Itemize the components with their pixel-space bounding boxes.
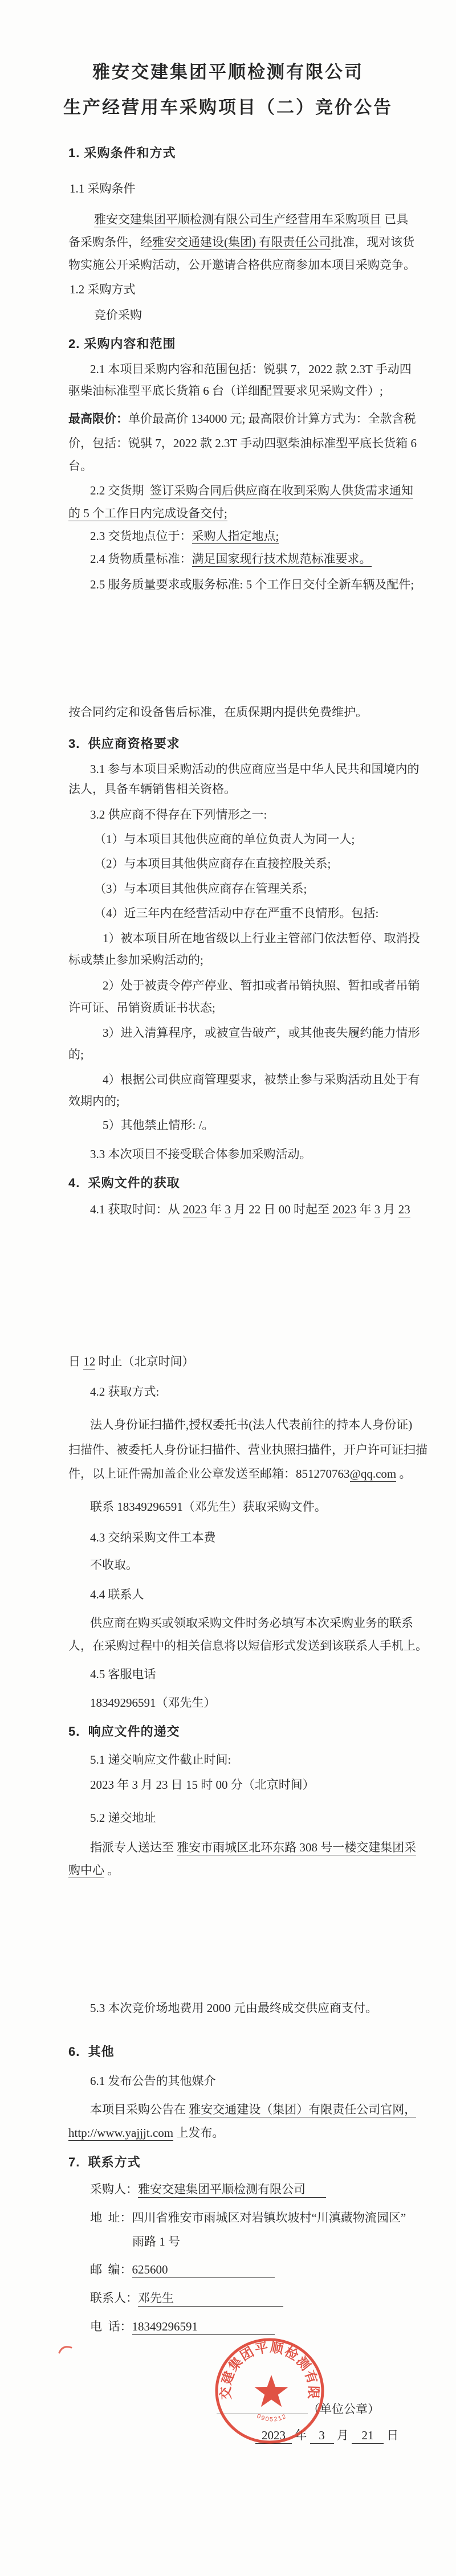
doc-line-max-price: 最高限价：单价最高价 134000 元; 最高限价计算方式为：全款含税	[68, 411, 416, 427]
doc-line: 联系 18349296591（邓先生）获取采购文件。	[90, 1499, 327, 1514]
doc-line: 驱柴油标准型平底长货箱 6 台（详细配置要求见采购文件）;	[68, 383, 383, 398]
doc-line: 供应商在购买或领取采购文件时务必填写本次采购业务的联系	[90, 1616, 413, 1630]
doc-line: 2.1 本项目采购内容和范围包括：锐骐 7，2022 款 2.3T 手动四	[90, 362, 412, 377]
doc-line: 法人，具备车辆销售相关资格。	[68, 782, 236, 796]
doc-line: 标或禁止参加采购活动的;	[68, 952, 203, 967]
doc-line-email: 件，以上证件需加盖企业公章发送至邮箱：851270763@qq.com 。	[68, 1466, 412, 1481]
section-heading-3-supplier-qualification: 3. 供应商资格要求	[68, 736, 180, 752]
doc-line: 本项目采购公告在 雅安交通建设（集团）有限责任公司官网，	[90, 2102, 416, 2117]
contact-postcode-line: 邮 编：625600	[90, 2262, 275, 2278]
scanned-announcement-page: 雅安交建集团平顺检测有限公司 生产经营用车采购项目（二）竞价公告 1. 采购条件…	[0, 0, 456, 2576]
doc-line: （1）与本项目其他供应商的单位负责人为同一人;	[94, 832, 355, 847]
doc-line: 2.4 货物质量标准：满足国家现行技术规范标准要求。	[90, 551, 372, 566]
section-heading-7-contact: 7. 联系方式	[68, 2154, 141, 2170]
doc-line: 的;	[68, 1047, 84, 1062]
doc-line: （4）近三年内在经营活动中存在严重不良情形。包括:	[94, 906, 378, 921]
svg-text:0905212: 0905212	[255, 2413, 288, 2423]
stamp-smudge-mark	[57, 2342, 74, 2360]
doc-line: 价，包括：锐骐 7，2022 款 2.3T 手动四驱柴油标准型平底长货箱 6	[68, 436, 417, 451]
doc-line: 效期内的;	[68, 1094, 120, 1109]
doc-line: 5.1 递交响应文件截止时间:	[90, 1752, 231, 1767]
doc-line: 4.5 客服电话	[90, 1667, 156, 1682]
doc-line: 备采购条件，经雅安交通建设(集团) 有限责任公司批准，现对该货	[68, 235, 414, 250]
section-heading-5-response-submission: 5. 响应文件的递交	[68, 1724, 180, 1740]
doc-line: 的 5 个工作日内完成设备交付;	[68, 506, 227, 521]
official-seal: 雅安交建集团平顺检测有限公司 0905212	[208, 2332, 336, 2451]
doc-line: 4.1 获取时间：从 2023 年 3 月 22 日 00 时起至 2023 年…	[90, 1202, 410, 1217]
doc-title-line-1: 雅安交建集团平顺检测有限公司	[0, 62, 456, 84]
doc-line: 3.1 参与本项目采购活动的供应商应当是中华人民共和国境内的	[90, 762, 420, 776]
contact-address-line: 地 址：四川省雅安市雨城区对岩镇坎坡村“川滇藏物流园区”	[90, 2210, 406, 2225]
doc-line: （2）与本项目其他供应商存在直接控股关系;	[94, 856, 331, 871]
doc-line: 3）进入清算程序，或被宣告破产，或其他丧失履约能力情形	[103, 1025, 420, 1040]
doc-line: 2.2 交货期 签订采购合同后供应商在收到采购人供货需求通知	[90, 483, 413, 498]
doc-line: 6.1 发布公告的其他媒介	[90, 2074, 216, 2088]
doc-line: 许可证、吊销资质证书状态;	[68, 1000, 215, 1015]
doc-line: 购中心 。	[68, 1863, 119, 1878]
doc-line-address: 指派专人送达至 雅安市雨城区北环东路 308 号一楼交建集团采	[90, 1840, 416, 1855]
seal-star-icon	[255, 2375, 288, 2407]
doc-line: 物实施公开采购活动，公开邀请合格供应商参加本项目采购竞争。	[68, 257, 416, 272]
doc-line: 2）处于被责令停产停业、暂扣或者吊销执照、暂扣或者吊销	[103, 978, 420, 993]
doc-line: 3.3 本次项目不接受联合体参加采购活动。	[90, 1147, 312, 1162]
doc-line: （3）与本项目其他供应商存在管理关系;	[94, 881, 307, 896]
doc-line: 4.3 交纳采购文件工本费	[90, 1530, 216, 1545]
doc-line-service-phone: 18349296591（邓先生）	[90, 1695, 216, 1710]
section-heading-6-other: 6. 其他	[68, 2044, 115, 2060]
doc-line: 人，在采购过程中的相关信息将以短信形式发送到该联系人手机上。	[68, 1638, 427, 1653]
section-heading-2-scope: 2. 采购内容和范围	[68, 336, 176, 352]
doc-line: 法人身份证扫描件,授权委托书(法人代表前往的持本人身份证)	[90, 1417, 412, 1432]
doc-line: 1.1 采购条件	[70, 181, 136, 196]
doc-line-deadline: 2023 年 3 月 23 日 15 时 00 分（北京时间）	[90, 1777, 315, 1792]
doc-line: 1.2 采购方式	[70, 282, 136, 297]
doc-line: 竞价采购	[94, 308, 142, 322]
doc-line: 5）其他禁止情形: /。	[103, 1118, 214, 1132]
doc-line: 4.2 获取方式:	[90, 1384, 159, 1399]
doc-line: 日 12 时止（北京时间）	[68, 1354, 194, 1369]
doc-line: 雅安交建集团平顺检测有限公司生产经营用车采购项目 已具	[94, 212, 408, 227]
contact-purchaser-line: 采购人：雅安交建集团平顺检测有限公司	[90, 2182, 326, 2198]
doc-line-website: http://www.yajjjt.com 上发布。	[68, 2125, 224, 2140]
doc-line: 3.2 供应商不得存在下列情形之一:	[90, 807, 267, 822]
doc-line: 5.2 递交地址	[90, 1810, 156, 1825]
seal-code-text: 0905212	[255, 2413, 288, 2423]
section-heading-1-procurement-conditions: 1. 采购条件和方式	[68, 145, 176, 161]
doc-line: 1）被本项目所在地省级以上行业主管部门依法暂停、取消投	[103, 931, 420, 946]
doc-line: 2.3 交货地点位于：采购人指定地点;	[90, 529, 279, 543]
doc-line: 4.4 联系人	[90, 1587, 144, 1602]
doc-line: 5.3 本次竞价场地费用 2000 元由最终成交供应商支付。	[90, 2001, 377, 2015]
doc-line: 不收取。	[90, 1557, 138, 1572]
contact-person-line: 联系人：邓先生	[90, 2291, 283, 2307]
doc-line: 4）根据公司供应商管理要求，被禁止参与采购活动且处于有	[103, 1072, 420, 1087]
doc-line: 按合同约定和设备售后标准，在质保期内提供免费维护。	[68, 705, 368, 719]
doc-line: 台。	[68, 459, 92, 473]
doc-line: 2.5 服务质量要求或服务标准: 5 个工作日交付全新车辆及配件;	[90, 577, 414, 592]
section-heading-4-document-acquisition: 4. 采购文件的获取	[68, 1175, 180, 1191]
doc-line: 扫描件、被委托人身份证扫描件、营业执照扫描件，开户许可证扫描	[68, 1442, 427, 1457]
contact-address-line-2: 雨路 1 号	[132, 2234, 180, 2249]
doc-title-line-2: 生产经营用车采购项目（二）竞价公告	[0, 97, 456, 119]
